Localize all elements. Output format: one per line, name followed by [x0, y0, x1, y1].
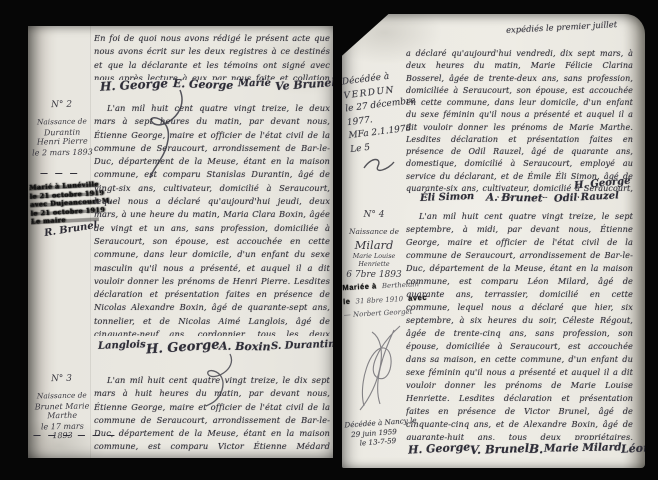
record-type-label: Naissance de — [31, 390, 93, 400]
signature: Éli Simon — [420, 191, 475, 204]
pencil-scribble-icon — [350, 320, 412, 412]
act2-paragraph: L'an mil huit cent quatre vingt treize, … — [94, 102, 330, 336]
signature-area: H. George Éli Simon A. Brunet Odil Rauze… — [406, 178, 633, 212]
signature: Léon — [621, 441, 645, 456]
signature: Ve Brunel — [275, 76, 333, 93]
record-type-label: Naissance de — [31, 116, 93, 126]
signature: S. Durantin — [271, 339, 333, 352]
signature: H. George — [408, 440, 471, 456]
act3-paragraph: L'an mil huit cent quatre vingt treize, … — [94, 374, 330, 454]
record-number: N° 4 — [344, 210, 404, 220]
act-closing-paragraph: En foi de quoi nous avons rédigé le prés… — [94, 32, 330, 80]
right-register-page: expédiés le premier juillet Décédée à VE… — [342, 14, 645, 468]
scanned-register-photo: N° 2 Naissance de Durantin Henri Pierre … — [0, 0, 658, 480]
marriage-mention-stamp: Marié à Lunéville le 21 octobre 1919 ave… — [29, 180, 99, 226]
signature-paraph-icon — [362, 154, 396, 174]
record-type-label: Naissance de — [344, 227, 404, 236]
margin-note-act4: N° 4 Naissance de Milard Marie Louise He… — [344, 210, 404, 280]
signature: Marie Milard — [544, 441, 622, 454]
corner-annotation: expédiés le premier juillet — [506, 19, 618, 35]
record-number: N° 2 — [31, 99, 93, 110]
record-date: le 2 mars 1893 — [31, 147, 93, 157]
signature: V. Brunel — [470, 441, 530, 457]
record-name: Milard — [344, 238, 404, 252]
signature: Langlois — [98, 339, 146, 352]
handwritten-spouse: — Norbert Georget — [344, 308, 413, 320]
signature: H. George — [574, 176, 631, 192]
act3-continuation-paragraph: a déclaré qu'aujourd'hui vendredi, dix s… — [406, 48, 633, 198]
signature: A. Brunet — [486, 192, 543, 205]
left-register-page: N° 2 Naissance de Durantin Henri Pierre … — [28, 26, 333, 458]
margin-note-act2: N° 2 Naissance de Durantin Henri Pierre … — [31, 99, 94, 157]
signature: B. — [529, 442, 544, 456]
record-name-detail: Marie Louise Henriette — [344, 252, 404, 268]
signature-row: H. George V. Brunel B. Marie Milard Léon — [406, 442, 637, 466]
signature: Odil Rauzel — [554, 190, 619, 204]
stamp-word: Mariée à — [342, 281, 377, 292]
record-name: Brunet Marie Marthe — [31, 401, 93, 420]
act4-paragraph: L'an mil huit cent quatre vingt treize, … — [406, 210, 633, 440]
stamp-word: le — [343, 296, 351, 305]
signature-row: Éli Simon A. Brunet Odil Rauzel — [406, 192, 633, 204]
separator-dashes: — — — — [40, 168, 80, 178]
record-number: N° 3 — [30, 373, 92, 384]
record-name: Durantin Henri Pierre — [31, 127, 93, 146]
signature: Marie — [238, 78, 271, 90]
